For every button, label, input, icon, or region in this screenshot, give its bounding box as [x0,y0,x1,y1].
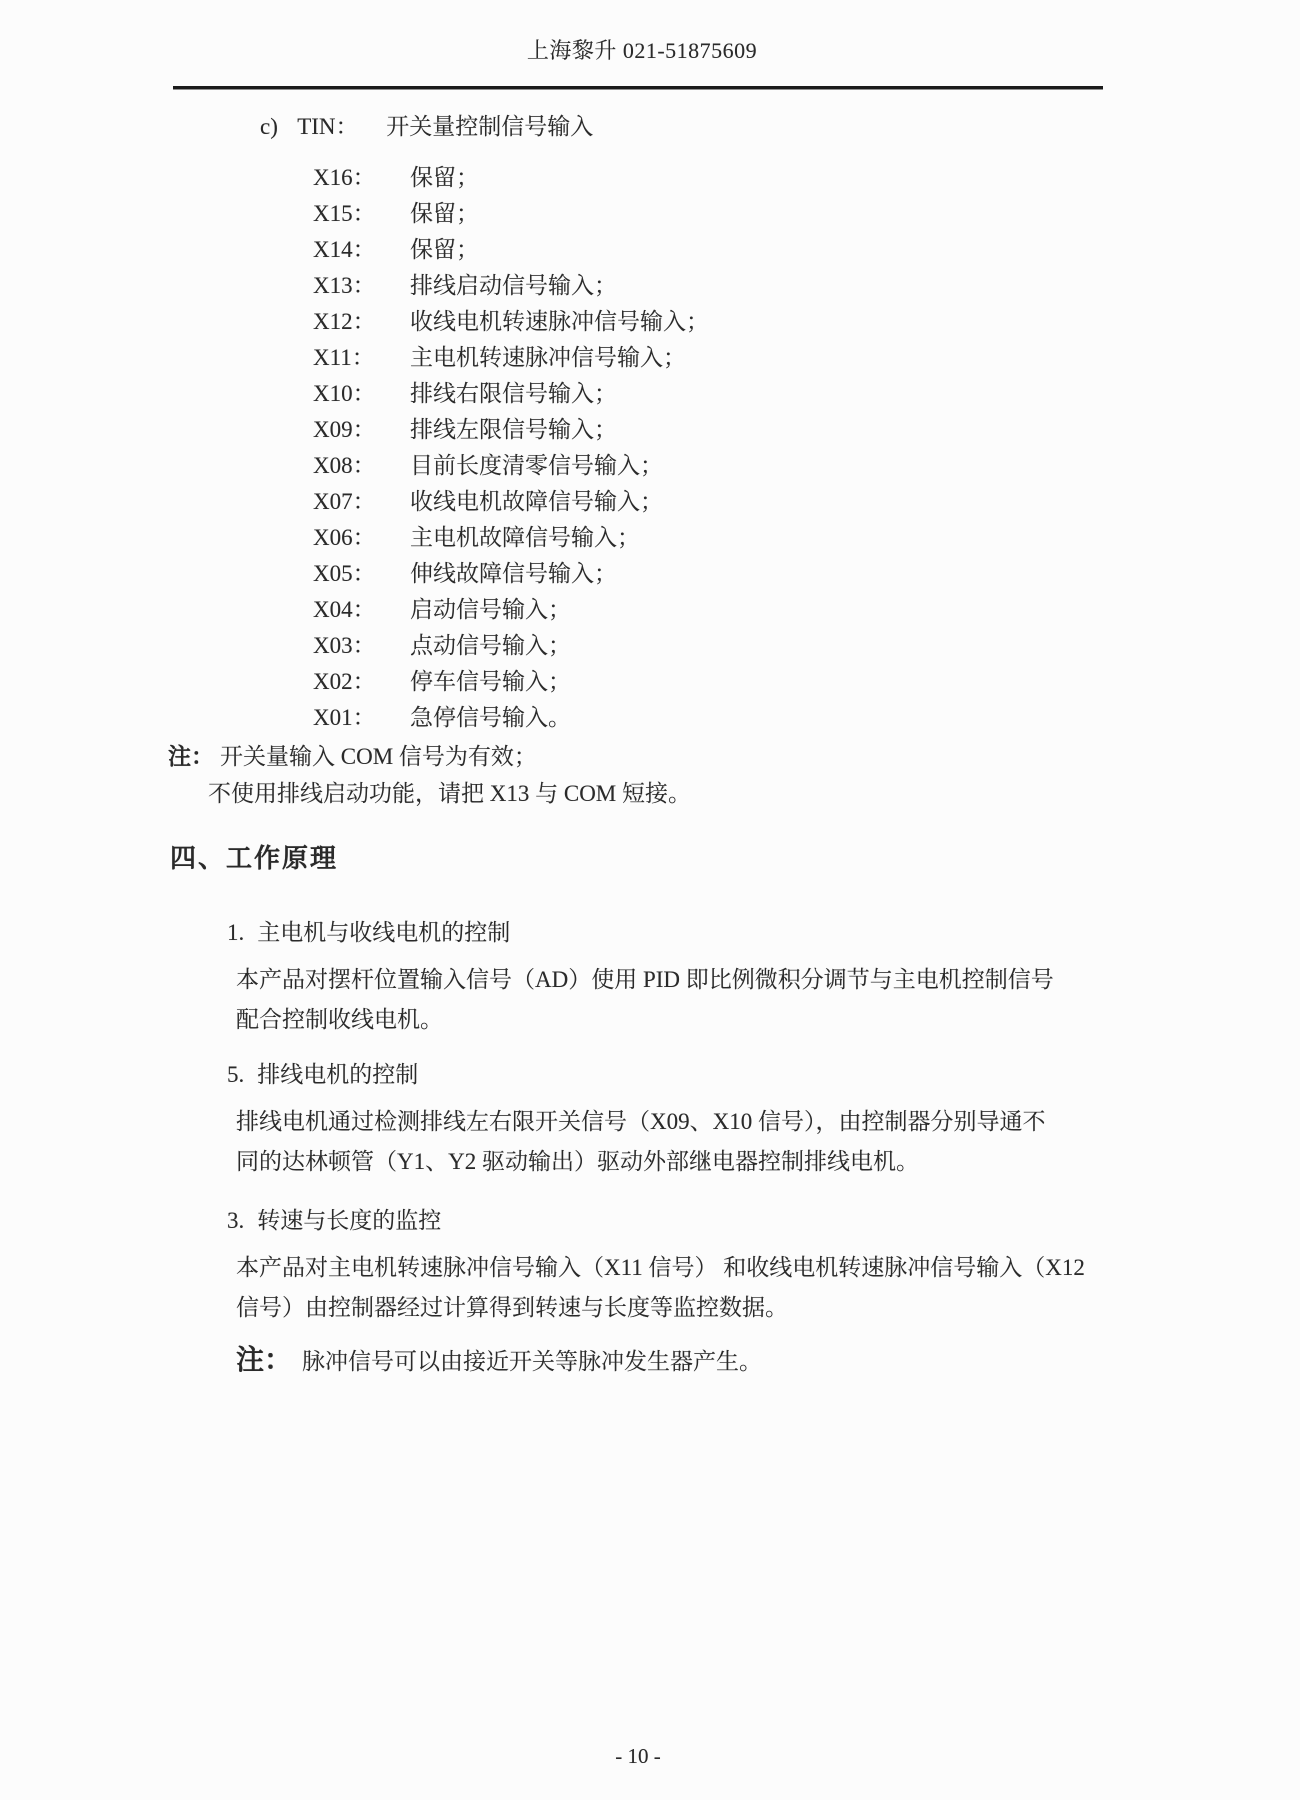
signal-row: X14：保留； [313,232,709,268]
signal-desc: 排线右限信号输入； [410,376,617,412]
item-title-text: 转速与长度的监控 [257,1208,441,1233]
signal-row: X15：保留； [313,196,709,232]
signal-id: X10： [313,376,410,412]
section-heading: 四、工作原理 [170,838,338,875]
body-line: 信号）由控制器经过计算得到转速与长度等监控数据。 [236,1288,1085,1328]
signal-desc: 保留； [410,196,479,232]
signal-row: X06：主电机故障信号输入； [313,520,709,556]
signal-id: X13： [313,268,410,304]
item-title: 3.转速与长度的监控 [227,1202,1085,1232]
signal-desc: 停车信号输入； [410,664,571,700]
page-number: - 10 - [0,1744,1288,1769]
signal-id: X14： [313,232,410,268]
signal-id: X06： [313,520,410,556]
item-title: 5.排线电机的控制 [227,1056,1045,1086]
signal-desc: 排线启动信号输入； [410,268,617,304]
signal-desc: 保留； [410,232,479,268]
signal-row: X16：保留； [313,160,709,196]
signal-desc: 排线左限信号输入； [410,412,617,448]
body-line: 本产品对主电机转速脉冲信号输入（X11 信号） 和收线电机转速脉冲信号输入（X1… [236,1248,1085,1288]
signal-desc: 保留； [410,160,479,196]
signal-row: X08：目前长度清零信号输入； [313,448,709,484]
signal-id: X04： [313,592,410,628]
signal-row: X12：收线电机转速脉冲信号输入； [313,304,709,340]
item-body: 本产品对摆杆位置输入信号（AD）使用 PID 即比例微积分调节与主电机控制信号 … [236,960,1054,1040]
signal-id: X12： [313,304,410,340]
signal-id: X01： [313,700,410,736]
signal-row: X10：排线右限信号输入； [313,376,709,412]
signal-desc: 主电机故障信号输入； [410,520,640,556]
body-line: 排线电机通过检测排线左右限开关信号（X09、X10 信号），由控制器分别导通不 [236,1102,1045,1142]
signal-id: X15： [313,196,410,232]
tin-list-index: c) [260,114,278,139]
note-line: 注：开关量输入 COM 信号为有效； [168,738,691,775]
signal-desc: 收线电机故障信号输入； [410,484,663,520]
signal-desc: 收线电机转速脉冲信号输入； [410,304,709,340]
signal-id: X07： [313,484,410,520]
signal-row: X04：启动信号输入； [313,592,709,628]
principle-note: 注：脉冲信号可以由接近开关等脉冲发生器产生。 [236,1338,762,1378]
principle-item: 5.排线电机的控制 排线电机通过检测排线左右限开关信号（X09、X10 信号），… [227,1056,1045,1182]
item-number: 3. [227,1208,244,1233]
signal-row: X02：停车信号输入； [313,664,709,700]
signal-list: X16：保留； X15：保留； X14：保留； X13：排线启动信号输入； X1… [313,160,709,736]
page-header: 上海黎升 021-51875609 [0,34,1292,65]
item-title: 1.主电机与收线电机的控制 [227,914,1054,944]
document-page: 上海黎升 021-51875609 c) TIN： 开关量控制信号输入 X16：… [0,0,1300,1800]
signal-desc: 启动信号输入； [410,592,571,628]
tin-section-heading: c) TIN： 开关量控制信号输入 [260,108,593,141]
signal-id: X08： [313,448,410,484]
signal-desc: 目前长度清零信号输入； [410,448,663,484]
signal-id: X02： [313,664,410,700]
signal-desc: 主电机转速脉冲信号输入； [410,340,686,376]
signal-row: X05：伸线故障信号输入； [313,556,709,592]
item-title-text: 主电机与收线电机的控制 [257,920,510,945]
header-rule [173,86,1103,90]
signal-row: X03：点动信号输入； [313,628,709,664]
note-line: 不使用排线启动功能，请把 X13 与 COM 短接。 [208,775,691,812]
note-label: 注： [236,1345,292,1376]
note-text: 开关量输入 COM 信号为有效； [220,744,537,769]
note-label: 注： [168,744,214,769]
item-body: 排线电机通过检测排线左右限开关信号（X09、X10 信号），由控制器分别导通不 … [236,1102,1045,1182]
signal-id: X16： [313,160,410,196]
signal-row: X13：排线启动信号输入； [313,268,709,304]
item-number: 1. [227,920,244,945]
principle-item: 1.主电机与收线电机的控制 本产品对摆杆位置输入信号（AD）使用 PID 即比例… [227,914,1054,1040]
signal-row: X01：急停信号输入。 [313,700,709,736]
tin-title: 开关量控制信号输入 [386,114,593,139]
signal-row: X11：主电机转速脉冲信号输入； [313,340,709,376]
tin-label: TIN： [297,114,358,139]
signals-note: 注：开关量输入 COM 信号为有效； 不使用排线启动功能，请把 X13 与 CO… [168,738,691,812]
principle-item: 3.转速与长度的监控 本产品对主电机转速脉冲信号输入（X11 信号） 和收线电机… [227,1202,1085,1328]
body-line: 本产品对摆杆位置输入信号（AD）使用 PID 即比例微积分调节与主电机控制信号 [236,960,1054,1000]
signal-desc: 伸线故障信号输入； [410,556,617,592]
body-line: 同的达林顿管（Y1、Y2 驱动输出）驱动外部继电器控制排线电机。 [236,1142,1045,1182]
signal-row: X07：收线电机故障信号输入； [313,484,709,520]
signal-desc: 急停信号输入。 [410,700,571,736]
signal-id: X05： [313,556,410,592]
signal-id: X03： [313,628,410,664]
signal-id: X11： [313,340,410,376]
body-line: 配合控制收线电机。 [236,1000,1054,1040]
item-title-text: 排线电机的控制 [257,1062,418,1087]
item-body: 本产品对主电机转速脉冲信号输入（X11 信号） 和收线电机转速脉冲信号输入（X1… [236,1248,1085,1328]
item-number: 5. [227,1062,244,1087]
signal-row: X09：排线左限信号输入； [313,412,709,448]
signal-id: X09： [313,412,410,448]
signal-desc: 点动信号输入； [410,628,571,664]
note-text: 脉冲信号可以由接近开关等脉冲发生器产生。 [302,1349,762,1374]
